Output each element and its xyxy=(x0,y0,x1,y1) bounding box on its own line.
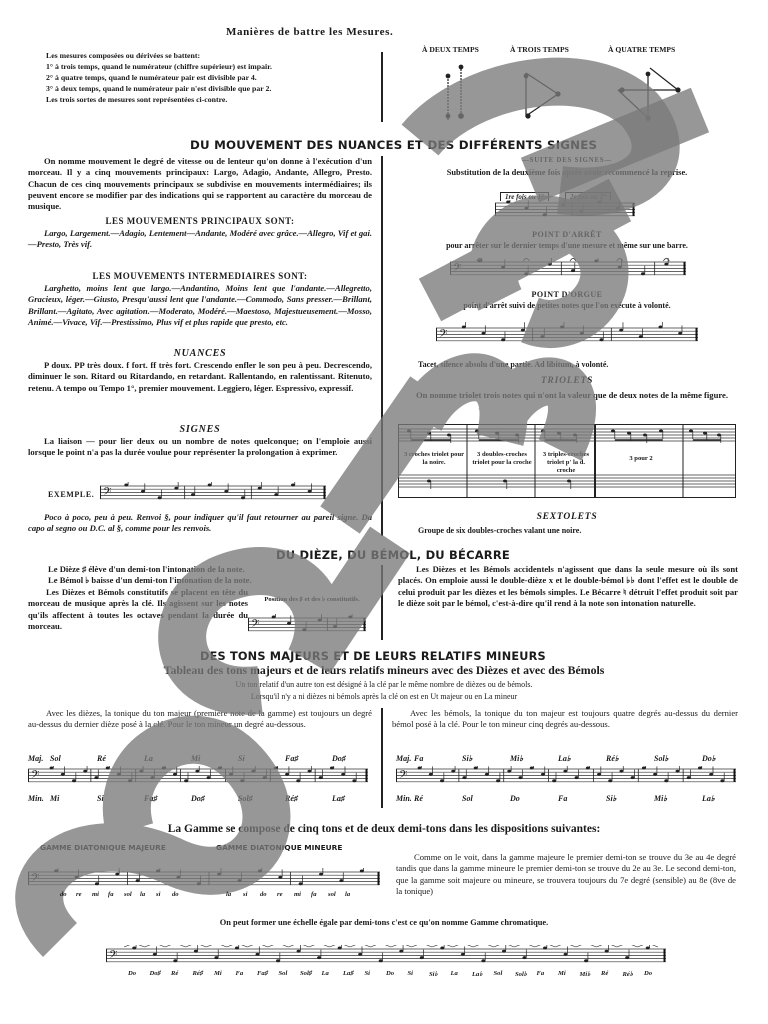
svg-text:𝄢: 𝄢 xyxy=(399,769,407,784)
triolet-label: 3 pour 2 xyxy=(599,455,683,462)
point-orgue-staff: 𝄢 xyxy=(436,322,698,348)
note-label: re xyxy=(277,891,283,898)
note-label: Do♯ xyxy=(191,794,205,803)
note-label: Fa xyxy=(236,970,244,977)
gamme-staff: 𝄢 xyxy=(28,868,380,890)
column-divider xyxy=(381,565,383,640)
note-label: si xyxy=(243,891,247,898)
note-label: La xyxy=(322,970,329,977)
tons-line-1: Un ton relatif d'un autre ton est désign… xyxy=(0,680,768,689)
point-arret-heading: POINT D'ARRÊT xyxy=(392,230,742,239)
tons-left-para: Avec les dièzes, la tonique du ton majeu… xyxy=(28,708,372,731)
note-label: Sol xyxy=(279,970,288,977)
principaux-heading: LES MOUVEMENTS PRINCIPAUX SONT: xyxy=(28,216,372,226)
nuances-heading: NUANCES xyxy=(28,348,372,359)
note-label: fa xyxy=(108,891,114,898)
note-label: La♭ xyxy=(472,970,482,978)
triolets-heading: TRIOLETS xyxy=(392,376,742,386)
note-label: Si♭ xyxy=(429,970,438,978)
triolet-label: 3 doubles-croches triolet pour la croche xyxy=(469,451,535,467)
note-label: Fa xyxy=(558,794,567,803)
beat-diagrams xyxy=(440,60,700,130)
note-label: Si♭ xyxy=(606,794,616,803)
diagram-label-deux: À DEUX TEMPS xyxy=(422,45,479,54)
note-label: Do♯ xyxy=(332,754,346,763)
note-label: Mi xyxy=(558,970,566,977)
note-label: re xyxy=(76,891,82,898)
column-divider xyxy=(381,156,383,536)
note-label: Sol xyxy=(494,970,503,977)
note-label: Ré♯ xyxy=(193,970,204,977)
position-staff: 𝄢 xyxy=(248,614,366,636)
principaux-text: Largo, Largement.—Adagio, Lentement—Anda… xyxy=(28,228,372,251)
suite-heading: —SUITE DES SIGNES— xyxy=(392,157,742,164)
volta-staff xyxy=(495,200,635,220)
note-label: La xyxy=(144,754,153,763)
beating-line: 2° à quatre temps, quand le numérateur p… xyxy=(46,72,366,83)
chromatic-intro: On peut former une échelle égale par dem… xyxy=(0,918,768,927)
note-label: Sol♯ xyxy=(238,794,253,803)
dieze-left-para: Les Dièzes et Bémols constitutifs se pla… xyxy=(28,587,248,632)
beating-line: Les trois sortes de mesures sont représe… xyxy=(46,94,366,105)
dieze-line: Le Dièze ♯ élève d'un demi-ton l'intonat… xyxy=(48,564,378,575)
svg-text:Sample: Sample xyxy=(0,0,61,4)
sharps-table: Maj. 𝄢 Min. SolRéLaMiSiFa♯Do♯MiSiFa♯Do♯S… xyxy=(28,754,368,806)
note-label: Ré♭ xyxy=(623,970,633,978)
sextolets-heading: SEXTOLETS xyxy=(392,512,742,522)
note-label: la xyxy=(140,891,145,898)
point-arret-staff: 𝄢 xyxy=(450,258,686,280)
note-label: sol xyxy=(328,891,336,898)
note-label: do xyxy=(172,891,179,898)
signes-text: La liaison — pour lier deux ou un nombre… xyxy=(28,436,372,459)
note-label: Si xyxy=(408,970,414,977)
note-label: Do♭ xyxy=(702,754,716,763)
mouvement-intro: On nomme mouvement le degré de vitesse o… xyxy=(28,156,372,212)
section-heading-mouvement: DU MOUVEMENT DES NUANCES ET DES DIFFÉREN… xyxy=(190,138,597,152)
intermediaires-heading: LES MOUVEMENTS INTERMEDIAIRES SONT: xyxy=(28,271,372,281)
intermediaires-text: Larghetto, moins lent que largo.—Andanti… xyxy=(28,283,372,328)
svg-text:𝄢: 𝄢 xyxy=(251,618,259,633)
note-label: Mi♭ xyxy=(654,794,667,803)
point-orgue-heading: POINT D'ORGUE xyxy=(392,290,742,299)
signes-heading: SIGNES xyxy=(28,424,372,435)
tons-right-para: Avec les bémols, la tonique du ton majeu… xyxy=(392,708,738,731)
note-label: Ré♯ xyxy=(285,794,298,803)
signes-after-text: Poco à poco, peu à peu. Renvoi §, pour i… xyxy=(28,512,372,535)
note-label: Fa xyxy=(414,754,423,763)
note-label: Ré♭ xyxy=(606,754,619,763)
note-label: La♭ xyxy=(558,754,571,763)
exemple-staff: 𝄢 xyxy=(100,482,326,504)
tons-subheading: Tableau des tons majeurs et de leurs rel… xyxy=(0,663,768,678)
note-label: Si xyxy=(238,754,245,763)
note-label: Si♭ xyxy=(462,754,472,763)
svg-text:𝄢: 𝄢 xyxy=(109,949,117,964)
gamme-explanation: Comme on le voit, dans la gamme majeure … xyxy=(396,852,736,897)
column-divider xyxy=(381,52,383,122)
gamme-heading: La Gamme se compose de cinq tons et de d… xyxy=(0,823,768,835)
note-label: Mi xyxy=(214,970,222,977)
flats-maj-prefix: Maj. xyxy=(396,754,411,763)
note-label: Ré xyxy=(414,794,423,803)
triolet-label: 3 triples-croches triolet p' la d. croch… xyxy=(537,451,595,475)
flats-table: Maj. 𝄢 Min. FaSi♭Mi♭La♭Ré♭Sol♭Do♭RéSolDo… xyxy=(396,754,736,806)
point-orgue-text: point d'arrêt suivi de petites notes que… xyxy=(392,301,742,310)
note-label: Fa xyxy=(537,970,545,977)
note-label: Sol♯ xyxy=(300,970,312,977)
dieze-right-para: Les Dièzes et les Bémols accidentels n'a… xyxy=(398,564,738,609)
position-label: Position des ♯ et des ♭ constitutifs. xyxy=(252,596,372,604)
triolet-label: 3 croches triolet pour la noire. xyxy=(401,451,467,467)
note-label: do xyxy=(60,891,67,898)
svg-text:𝄢: 𝄢 xyxy=(31,769,39,784)
triolet-table: 3 croches triolet pour la noire. 3 doubl… xyxy=(398,424,736,498)
note-label: la xyxy=(345,891,350,898)
note-label: Do xyxy=(510,794,520,803)
triolets-text: On nomme triolet trois notes qui n'ont l… xyxy=(398,390,738,401)
note-label: La♭ xyxy=(702,794,715,803)
note-label: la xyxy=(226,891,231,898)
diagram-label-trois: À TROIS TEMPS xyxy=(510,45,569,54)
note-label: Sol xyxy=(50,754,61,763)
beating-line: 3° à deux temps, quand le numérateur pai… xyxy=(46,83,366,94)
flats-min-prefix: Min. xyxy=(396,794,412,803)
note-label: Sol♭ xyxy=(515,970,527,978)
bemol-line: Le Bémol ♭ baisse d'un demi-ton l'intona… xyxy=(48,575,378,586)
note-label: Do xyxy=(128,970,136,977)
svg-text:𝄢: 𝄢 xyxy=(439,328,447,343)
note-label: Fa♯ xyxy=(285,754,298,763)
note-label: Ré xyxy=(97,754,106,763)
note-label: do xyxy=(260,891,267,898)
note-label: mi xyxy=(294,891,301,898)
page-title: Manières de battre les Mesures. xyxy=(226,26,393,38)
note-label: Do xyxy=(386,970,394,977)
note-label: Mi xyxy=(191,754,200,763)
beating-line: 1° à trois temps, quand le numérateur (c… xyxy=(46,61,366,72)
dieze-lines: Le Dièze ♯ élève d'un demi-ton l'intonat… xyxy=(48,564,378,587)
note-label: Do♯ xyxy=(150,970,161,977)
note-label: sol xyxy=(124,891,132,898)
note-label: La xyxy=(451,970,458,977)
svg-text:𝄢: 𝄢 xyxy=(31,872,39,887)
note-label: Fa♯ xyxy=(144,794,157,803)
gamme-mineure-label: GAMME DIATONIQUE MINEURE xyxy=(216,843,342,852)
note-label: Si xyxy=(97,794,104,803)
tons-line-2: Lorsqu'il n'y a ni dièzes ni bémols aprè… xyxy=(0,692,768,701)
exemple-label: EXEMPLE. xyxy=(48,490,94,499)
note-label: La♯ xyxy=(343,970,354,977)
note-label: fa xyxy=(311,891,317,898)
note-label: Do xyxy=(644,970,652,977)
note-label: Si xyxy=(365,970,371,977)
sharps-min-prefix: Min. xyxy=(28,794,44,803)
note-label: mi xyxy=(92,891,99,898)
note-label: Sol♭ xyxy=(654,754,668,763)
sharps-maj-prefix: Maj. xyxy=(28,754,43,763)
suite-text: Substitution de la deuxième fois après a… xyxy=(392,168,742,177)
sextolets-text: Groupe de six doubles-croches valant une… xyxy=(418,526,581,535)
note-label: Mi♭ xyxy=(510,754,523,763)
note-label: Mi xyxy=(50,794,59,803)
section-heading-dieze: DU DIÈZE, DU BÉMOL, DU BÉCARRE xyxy=(276,548,510,562)
note-label: Ré xyxy=(171,970,178,977)
section-heading-tons: DES TONS MAJEURS ET DE LEURS RELATIFS MI… xyxy=(200,650,546,663)
point-arret-text: pour arrêter sur le dernier temps d'une … xyxy=(392,241,742,250)
note-label: La♯ xyxy=(332,794,345,803)
column-divider xyxy=(381,708,383,808)
gamme-majeure-label: GAMME DIATONIQUE MAJEURE xyxy=(40,843,166,852)
note-label: Ré xyxy=(601,970,608,977)
note-label: si xyxy=(156,891,160,898)
note-label: Mi♭ xyxy=(580,970,591,978)
tacet-text: Tacet, silence absolu d'une partie. Ad l… xyxy=(418,360,608,369)
nuances-text: P doux. PP très doux. f fort. ff très fo… xyxy=(28,360,372,394)
diagram-label-quatre: À QUATRE TEMPS xyxy=(608,45,675,54)
chromatic-staff: 𝄢 xyxy=(106,945,666,967)
svg-text:𝄢: 𝄢 xyxy=(453,262,461,277)
note-label: Sol xyxy=(462,794,473,803)
beating-text: Les mesures composées ou dérivées se bat… xyxy=(46,50,366,105)
svg-text:𝄢: 𝄢 xyxy=(103,486,111,501)
beating-line: Les mesures composées ou dérivées se bat… xyxy=(46,50,366,61)
note-label: Fa♯ xyxy=(257,970,268,977)
